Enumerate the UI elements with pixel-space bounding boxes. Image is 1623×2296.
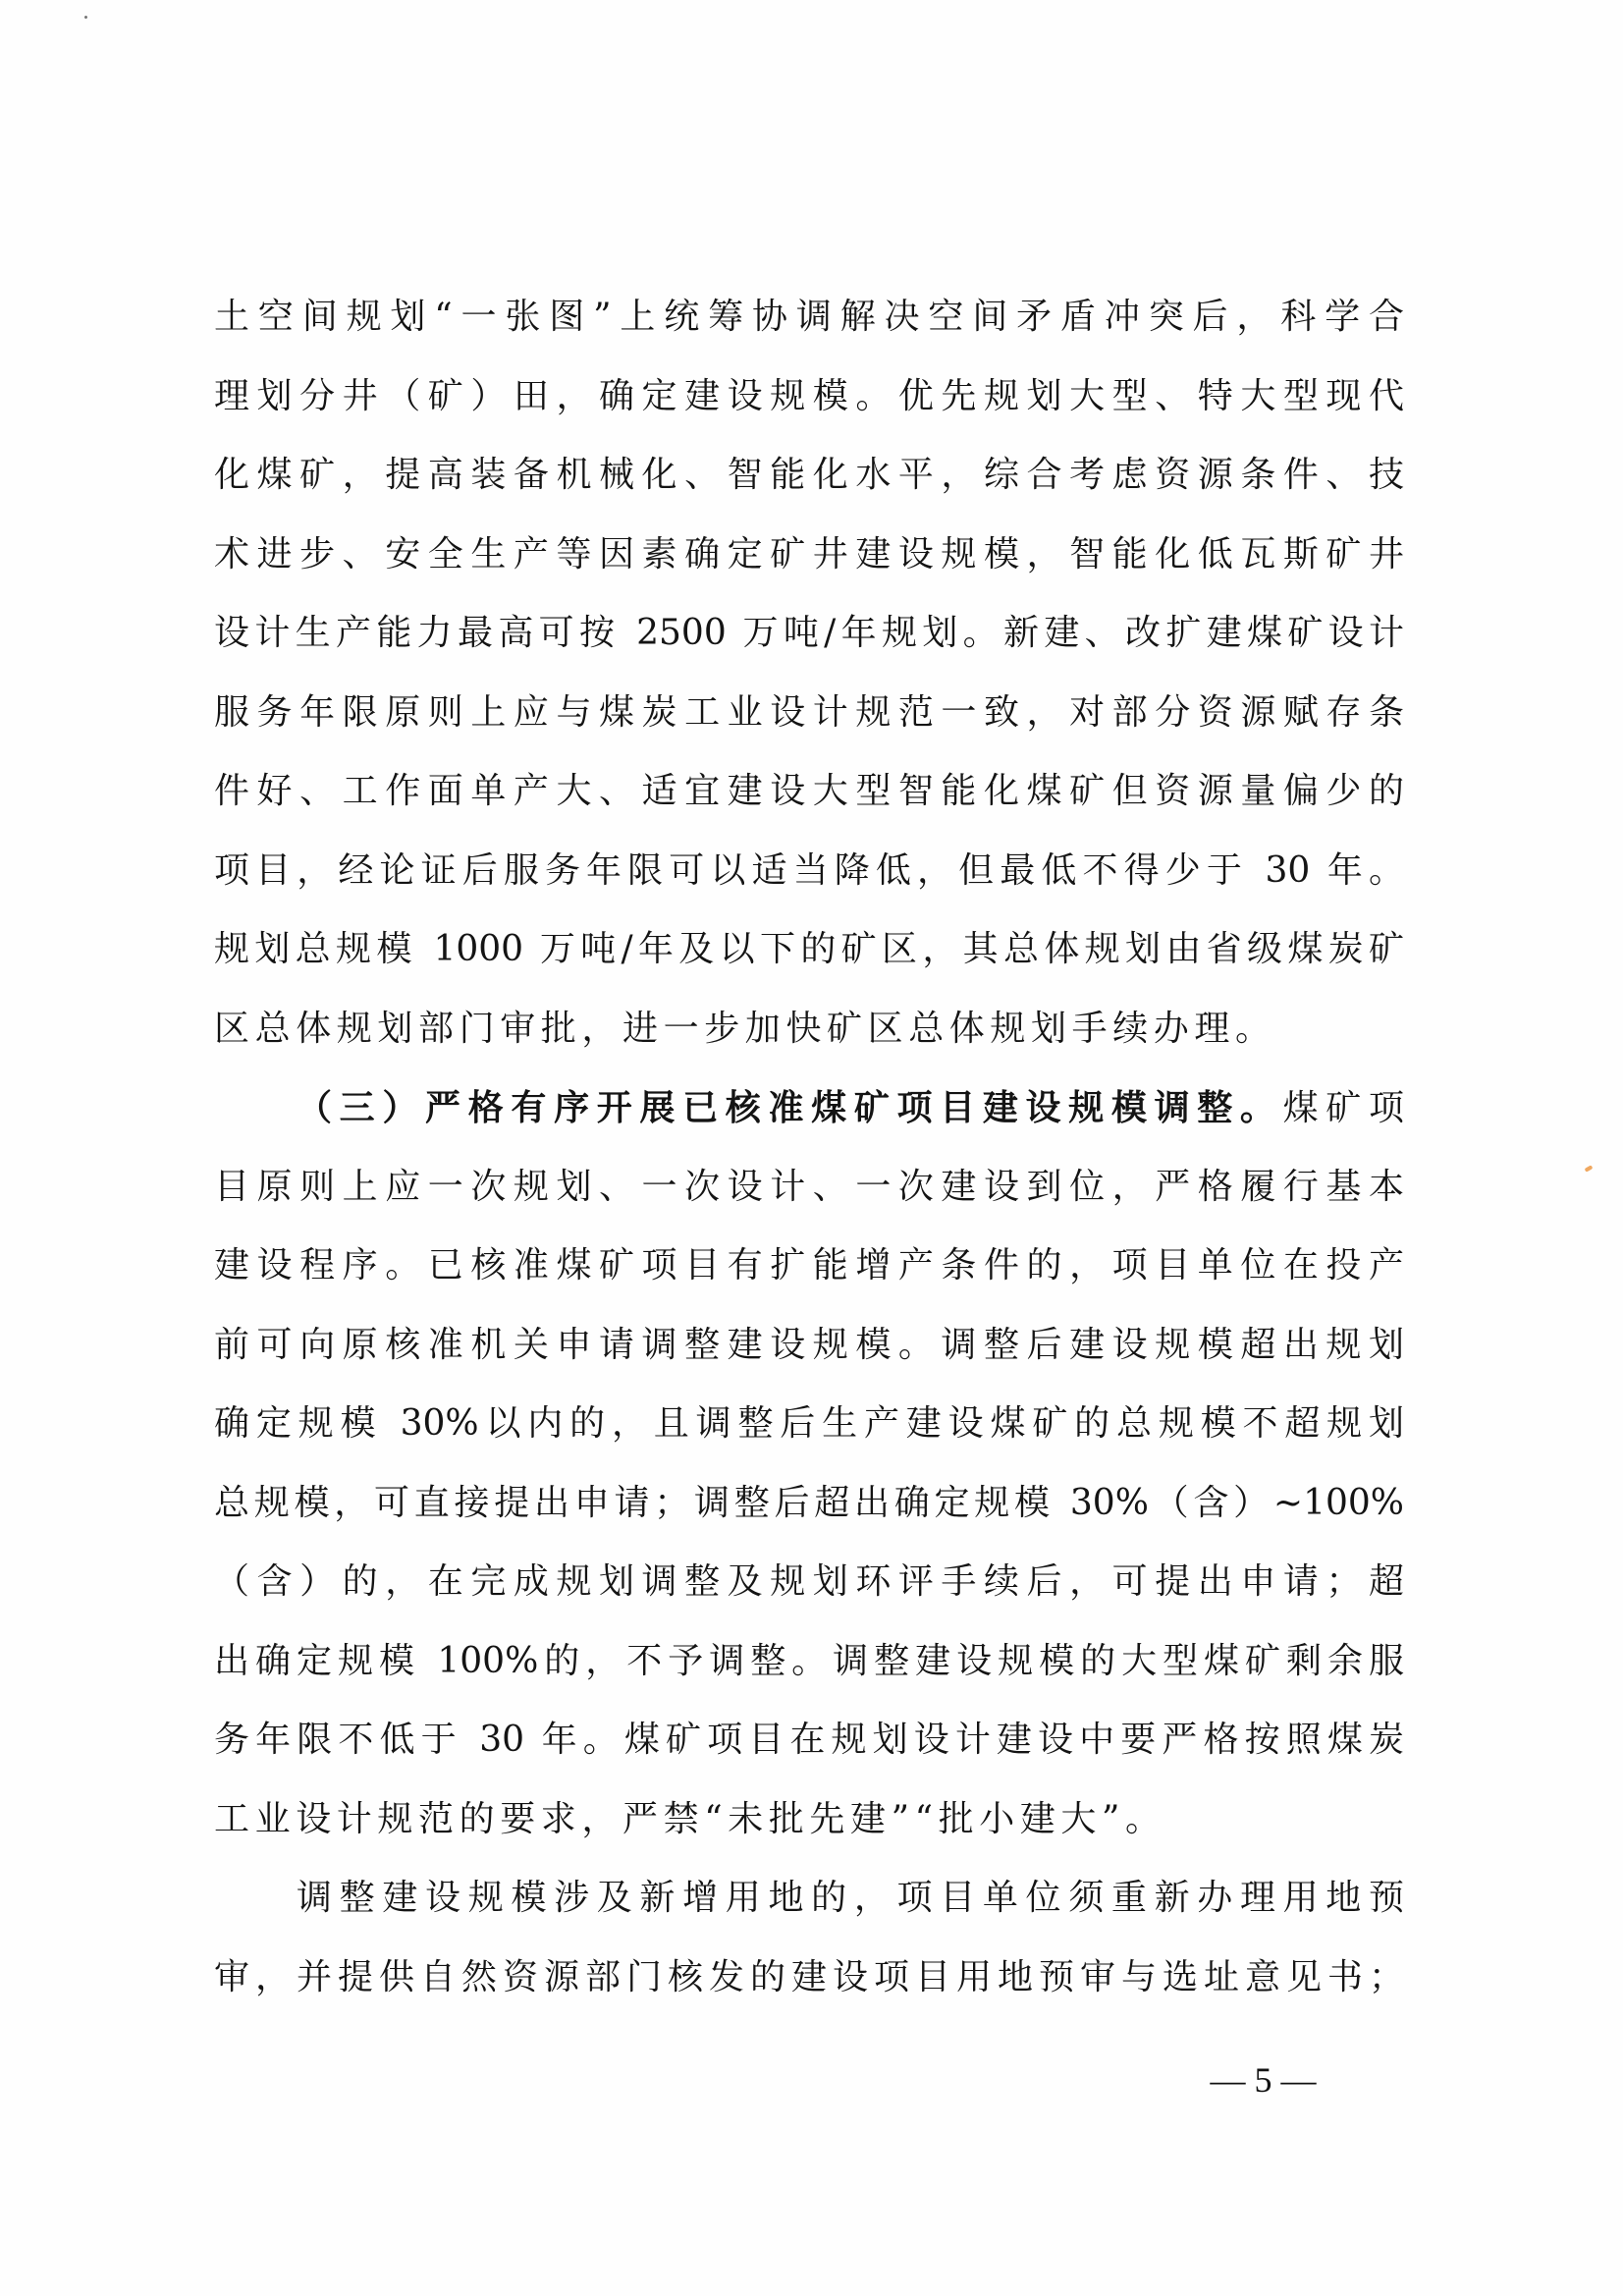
scan-speck — [83, 15, 87, 19]
text-line: 务年限不低于 30 年。煤矿项目在规划设计建设中要严格按照煤炭 — [214, 1701, 1404, 1780]
text-line: 化煤矿，提高装备机械化、智能化水平，综合考虑资源条件、技 — [214, 436, 1404, 516]
scan-speck — [1585, 1165, 1594, 1172]
page-number: — 5 — — [1192, 2058, 1334, 2102]
paragraph-last-line: 工业设计规范的要求，严禁“未批先建”“批小建大”。 — [214, 1780, 1404, 1860]
text-line: 目原则上应一次规划、一次设计、一次建设到位，严格履行基本 — [214, 1148, 1404, 1228]
text-line: 总规模，可直接提出申请；调整后超出确定规模 30%（含）~100% — [214, 1464, 1404, 1544]
paragraph-last-line: 区总体规划部门审批，进一步加快矿区总体规划手续办理。 — [214, 990, 1404, 1069]
text-line: 审，并提供自然资源部门核发的建设项目用地预审与选址意见书； — [214, 1939, 1404, 2018]
heading-line-continuation: 煤矿项 — [1283, 1088, 1404, 1128]
text-line: 服务年限原则上应与煤炭工业设计规范一致，对部分资源赋存条 — [214, 674, 1404, 753]
text-line: 项目，经论证后服务年限可以适当降低，但最低不得少于 30 年。 — [214, 832, 1404, 911]
text-line: 建设程序。已核准煤矿项目有扩能增产条件的，项目单位在投产 — [214, 1227, 1404, 1306]
body-text: 土空间规划“一张图”上统筹协调解决空间矛盾冲突后，科学合 理划分井（矿）田，确定… — [214, 278, 1404, 2017]
text-line: 前可向原核准机关申请调整建设规模。调整后建设规模超出规划 — [214, 1306, 1404, 1386]
text-line: 出确定规模 100%的，不予调整。调整建设规模的大型煤矿剩余服 — [214, 1622, 1404, 1702]
text-line: 设计生产能力最高可按 2500 万吨/年规划。新建、改扩建煤矿设计 — [214, 594, 1404, 674]
document-page: 土空间规划“一张图”上统筹协调解决空间矛盾冲突后，科学合 理划分井（矿）田，确定… — [0, 0, 1623, 2296]
text-line: 规划总规模 1000 万吨/年及以下的矿区，其总体规划由省级煤炭矿 — [214, 910, 1404, 990]
section-heading-three: （三）严格有序开展已核准煤矿项目建设规模调整。 — [297, 1087, 1283, 1128]
section-heading-line: （三）严格有序开展已核准煤矿项目建设规模调整。煤矿项 — [214, 1068, 1404, 1148]
text-line: 理划分井（矿）田，确定建设规模。优先规划大型、特大型现代 — [214, 357, 1404, 437]
text-line: （含）的，在完成规划调整及规划环评手续后，可提出申请；超 — [214, 1543, 1404, 1622]
text-line: 术进步、安全生产等因素确定矿井建设规模，智能化低瓦斯矿井 — [214, 516, 1404, 595]
paragraph-first-line: 调整建设规模涉及新增用地的，项目单位须重新办理用地预 — [214, 1859, 1404, 1939]
text-line: 土空间规划“一张图”上统筹协调解决空间矛盾冲突后，科学合 — [214, 278, 1404, 357]
text-line: 件好、工作面单产大、适宜建设大型智能化煤矿但资源量偏少的 — [214, 752, 1404, 832]
text-line: 确定规模 30%以内的，且调整后生产建设煤矿的总规模不超规划 — [214, 1385, 1404, 1464]
